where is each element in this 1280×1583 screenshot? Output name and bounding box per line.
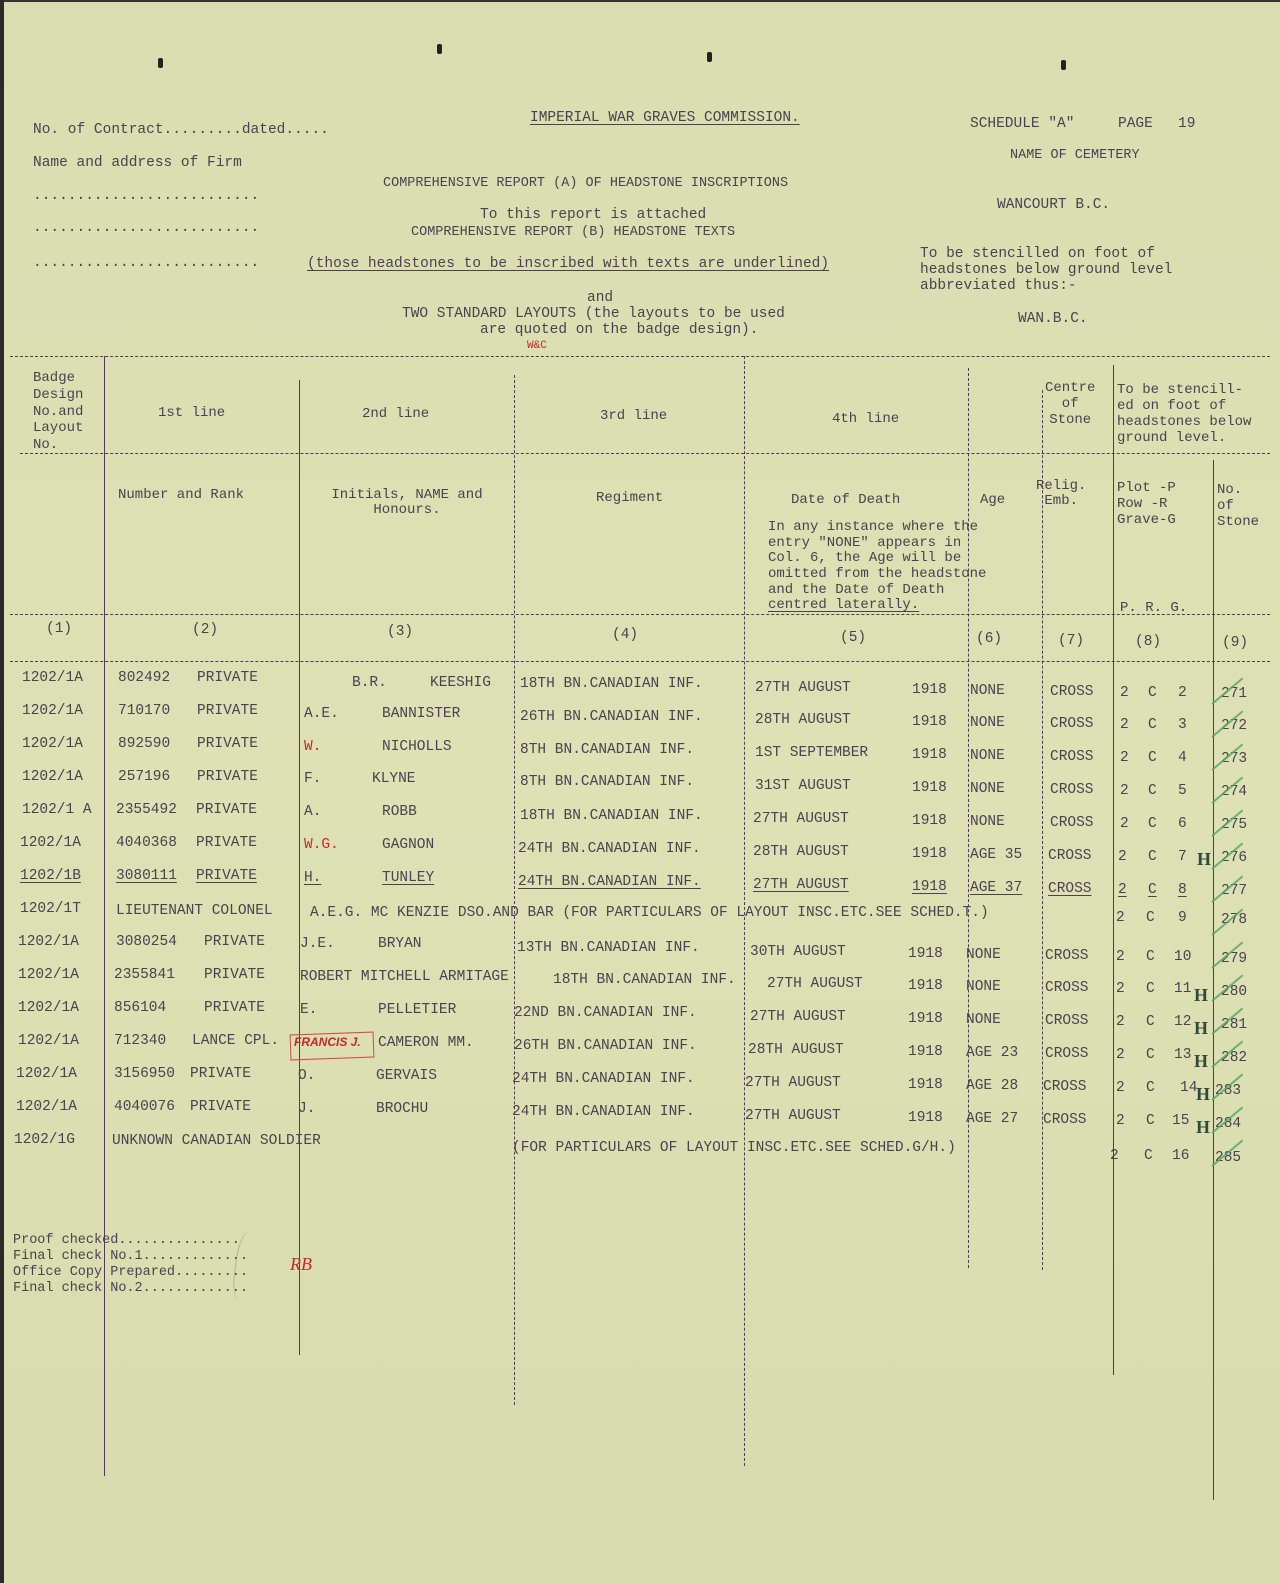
header-2nd-line: 2nd line <box>362 406 429 422</box>
date-cell: 28TH AUGUST <box>753 844 849 860</box>
rank-cell: PRIVATE <box>204 1000 265 1016</box>
year-cell: 1918 <box>912 780 947 796</box>
age-cell: AGE 23 <box>966 1045 1018 1061</box>
table-row: 1202/1A 4040368 PRIVATE W.G. GAGNON 24TH… <box>0 835 1280 861</box>
row-cell: C <box>1146 1047 1155 1063</box>
name-cell: KLYNE <box>372 771 416 787</box>
rank-cell: PRIVATE <box>197 769 258 785</box>
plot-cell: 2 <box>1116 1014 1125 1030</box>
punch-hole <box>1061 60 1066 70</box>
age-cell: NONE <box>966 947 1001 963</box>
proof-check-block: Proof checked...............Final check … <box>13 1233 248 1297</box>
emb-cell: CROSS <box>1045 1046 1089 1062</box>
emb-cell: CROSS <box>1048 848 1092 864</box>
initials-cell: B.R. <box>352 675 387 691</box>
cemetery-name: WANCOURT B.C. <box>997 197 1110 214</box>
h-stamp-icon: H <box>1196 1117 1210 1138</box>
date-cell: 31ST AUGUST <box>755 778 851 794</box>
regiment-cell: 24TH BN.CANADIAN INF. <box>518 841 701 857</box>
stencil-instruction: To be stencilled on foot of <box>920 246 1155 263</box>
table-rule <box>10 614 1270 615</box>
plot-cell: 2 <box>1118 849 1127 865</box>
table-row: 1202/1A 802492 PRIVATE B.R. KEESHIG 18TH… <box>0 670 1280 696</box>
plot-cell: 2 <box>1116 981 1125 997</box>
rank-cell: PRIVATE <box>197 736 258 752</box>
regiment-cell: 24TH BN.CANADIAN INF. <box>512 1071 695 1087</box>
firm-dotted-line: .......................... <box>33 220 259 237</box>
row-cell: C <box>1146 1014 1155 1030</box>
grave-cell: 2 <box>1178 685 1187 701</box>
year-cell: 1918 <box>912 714 947 730</box>
age-cell: NONE <box>970 683 1005 699</box>
table-rule <box>10 661 1270 662</box>
name-cell: GERVAIS <box>376 1068 437 1084</box>
h-stamp-icon: H <box>1194 1018 1208 1039</box>
row-cell: C <box>1146 981 1155 997</box>
badge-cell: 1202/1A <box>20 835 81 851</box>
initials-cell: J. <box>298 1101 315 1117</box>
column-number: (2) <box>192 622 218 639</box>
plot-cell: 2 <box>1116 910 1125 926</box>
report-a-heading: COMPREHENSIVE REPORT (A) OF HEADSTONE IN… <box>383 176 788 192</box>
header-stencil: To be stencill-ed on foot ofheadstones b… <box>1117 382 1251 446</box>
emb-cell: CROSS <box>1048 881 1092 897</box>
table-row: 1202/1A 257196 PRIVATE F. KLYNE 8TH BN.C… <box>0 769 1280 795</box>
badge-cell: 1202/1A <box>16 1099 77 1115</box>
date-cell: 27TH AUGUST <box>745 1108 841 1124</box>
schedule-label: SCHEDULE "A" <box>970 116 1074 133</box>
name-cell: PELLETIER <box>378 1002 456 1018</box>
grave-cell: 10 <box>1174 949 1191 965</box>
age-cell: NONE <box>966 1012 1001 1028</box>
date-cell: 28TH AUGUST <box>748 1042 844 1058</box>
row-cell: C <box>1144 1148 1153 1164</box>
emb-cell: CROSS <box>1043 1112 1087 1128</box>
red-annotation: W&C <box>527 340 547 353</box>
table-row: 1202/1A 3080254 PRIVATE J.E. BRYAN 13TH … <box>0 934 1280 960</box>
date-cell: 27TH AUGUST <box>750 1009 846 1025</box>
rank-cell: PRIVATE <box>197 703 258 719</box>
header-name-honours: Initials, NAME andHonours. <box>302 488 512 519</box>
table-row: 1202/1A 4040076 PRIVATE J. BROCHU 24TH B… <box>0 1099 1280 1125</box>
punch-hole <box>707 52 712 62</box>
rank-cell: PRIVATE <box>196 868 257 884</box>
header-centre-of-stone: CentreofStone <box>1045 380 1095 428</box>
row-cell: C <box>1148 816 1157 832</box>
plot-cell: 2 <box>1116 1080 1125 1096</box>
plot-cell: 2 <box>1120 750 1129 766</box>
table-rule <box>10 356 1270 357</box>
header-1st-line: 1st line <box>158 405 225 421</box>
emb-cell: CROSS <box>1045 1013 1089 1029</box>
h-stamp-icon: H <box>1194 985 1208 1006</box>
rank-cell: PRIVATE <box>204 934 265 950</box>
column-number: (1) <box>46 621 72 638</box>
initials-cell: A.E. <box>304 706 339 722</box>
number-cell: 2355492 <box>116 802 177 818</box>
layouts-text: TWO STANDARD LAYOUTS (the layouts to be … <box>402 306 785 323</box>
header-no-of-stone: No.ofStone <box>1217 482 1259 530</box>
plot-cell: 2 <box>1116 1047 1125 1063</box>
grave-cell: 6 <box>1178 816 1187 832</box>
rank-cell: PRIVATE <box>204 967 265 983</box>
h-stamp-icon: H <box>1194 1051 1208 1072</box>
full-name-cell: ROBERT MITCHELL ARMITAGE <box>300 969 509 985</box>
table-row: 1202/1 A 2355492 PRIVATE A. ROBB 18TH BN… <box>0 802 1280 828</box>
age-cell: NONE <box>970 781 1005 797</box>
column-number: (7) <box>1058 633 1084 650</box>
page-edge <box>0 0 1280 2</box>
plot-cell: 2 <box>1120 816 1129 832</box>
grave-cell: 11 <box>1174 981 1191 997</box>
name-cell: CAMERON MM. <box>378 1035 474 1051</box>
rank-cell: PRIVATE <box>196 835 257 851</box>
table-row: 1202/1B 3080111 PRIVATE H. TUNLEY 24TH B… <box>0 868 1280 894</box>
row-cell: C <box>1148 685 1157 701</box>
header-badge-design: BadgeDesignNo.andLayoutNo. <box>33 370 83 454</box>
initials-cell: E. <box>300 1002 317 1018</box>
row-cell: C <box>1146 1080 1155 1096</box>
cemetery-label: NAME OF CEMETERY <box>1010 148 1140 164</box>
column-number: (3) <box>387 624 413 641</box>
number-cell: 710170 <box>118 703 170 719</box>
number-cell: 802492 <box>118 670 170 686</box>
row-cell: C <box>1148 717 1157 733</box>
name-cell: NICHOLLS <box>382 739 452 755</box>
and-text: and <box>587 290 613 307</box>
date-cell: 27TH AUGUST <box>755 680 851 696</box>
badge-cell: 1202/1A <box>18 1000 79 1016</box>
plot-cell: 2 <box>1118 882 1127 898</box>
spanning-inscription: A.E.G. MC KENZIE DSO.AND BAR (FOR PARTIC… <box>310 905 989 921</box>
stencil-instruction: headstones below ground level <box>920 262 1172 279</box>
date-cell: 1ST SEPTEMBER <box>755 745 868 761</box>
emb-cell: CROSS <box>1050 815 1094 831</box>
age-cell: AGE 27 <box>966 1111 1018 1127</box>
name-cell: BROCHU <box>376 1101 428 1117</box>
grave-cell: 3 <box>1178 717 1187 733</box>
year-cell: 1918 <box>912 747 947 763</box>
year-cell: 1918 <box>912 879 947 895</box>
regiment-cell: 26TH BN.CANADIAN INF. <box>514 1038 697 1054</box>
red-correction-box <box>290 1032 375 1061</box>
badge-cell: 1202/1A <box>22 769 83 785</box>
rank-cell: PRIVATE <box>197 670 258 686</box>
year-cell: 1918 <box>908 1077 943 1093</box>
plot-cell: 2 <box>1120 717 1129 733</box>
grave-cell: 9 <box>1178 910 1187 926</box>
initials-cell: J.E. <box>300 936 335 952</box>
column-number: (9) <box>1222 635 1248 652</box>
age-cell: NONE <box>970 814 1005 830</box>
table-row: 1202/1A 2355841 PRIVATE ROBERT MITCHELL … <box>0 967 1280 993</box>
grave-cell: 12 <box>1174 1014 1191 1030</box>
name-cell: KEESHIG <box>430 675 491 691</box>
initials-cell: W.G. <box>304 837 339 853</box>
contract-field: No. of Contract.........dated..... <box>33 122 329 139</box>
initials-cell: O. <box>298 1068 315 1084</box>
regiment-cell: 18TH BN.CANADIAN INF. <box>520 676 703 692</box>
regiment-cell: 26TH BN.CANADIAN INF. <box>520 709 703 725</box>
plot-cell: 2 <box>1120 685 1129 701</box>
emb-cell: CROSS <box>1050 684 1094 700</box>
badge-cell: 1202/1T <box>20 901 81 917</box>
column-number: (6) <box>976 631 1002 648</box>
number-cell: 4040368 <box>116 835 177 851</box>
badge-cell: 1202/1B <box>20 868 81 884</box>
emb-cell: CROSS <box>1050 749 1094 765</box>
year-cell: 1918 <box>912 846 947 862</box>
table-row: 1202/1G UNKNOWN CANADIAN SOLDIER (FOR PA… <box>0 1132 1280 1158</box>
number-cell: 257196 <box>118 769 170 785</box>
reviewer-initials: RB <box>290 1254 312 1275</box>
page-label: PAGE <box>1118 116 1153 133</box>
table-row: 1202/1T LIEUTENANT COLONEL A.E.G. MC KEN… <box>0 901 1280 927</box>
rank-cell: LIEUTENANT COLONEL <box>116 903 273 919</box>
attached-text: To this report is attached <box>480 207 706 224</box>
name-cell: BRYAN <box>378 936 422 952</box>
document-title: IMPERIAL WAR GRAVES COMMISSION. <box>530 110 800 127</box>
number-cell: 4040076 <box>114 1099 175 1115</box>
grave-cell: 13 <box>1174 1047 1191 1063</box>
row-cell: C <box>1146 1113 1155 1129</box>
rank-cell: PRIVATE <box>196 802 257 818</box>
header-relig-emb: Relig.Emb. <box>1036 479 1086 510</box>
punch-hole <box>437 44 442 54</box>
number-cell: 712340 <box>114 1033 166 1049</box>
regiment-cell: 24TH BN.CANADIAN INF. <box>518 874 701 890</box>
initials-cell: W. <box>304 739 321 755</box>
age-cell: NONE <box>970 715 1005 731</box>
year-cell: 1918 <box>908 1044 943 1060</box>
page-number: 19 <box>1178 116 1195 133</box>
row-cell: C <box>1146 910 1155 926</box>
badge-cell: 1202/1A <box>22 736 83 752</box>
table-row: 1202/1A 892590 PRIVATE W. NICHOLLS 8TH B… <box>0 736 1280 762</box>
grave-cell: 15 <box>1172 1113 1189 1129</box>
plot-cell: 2 <box>1116 1113 1125 1129</box>
firm-dotted-line: .......................... <box>33 255 259 272</box>
age-cell: AGE 35 <box>970 847 1022 863</box>
grave-cell: 7 <box>1178 849 1187 865</box>
initials-cell: A. <box>304 804 321 820</box>
stencil-instruction: abbreviated thus:- <box>920 278 1077 295</box>
date-cell: 28TH AUGUST <box>755 712 851 728</box>
table-rule <box>20 453 1270 454</box>
year-cell: 1918 <box>908 978 943 994</box>
emb-cell: CROSS <box>1050 782 1094 798</box>
rank-cell: PRIVATE <box>190 1099 251 1115</box>
layouts-text: are quoted on the badge design). <box>480 322 758 339</box>
underline-note: (those headstones to be inscribed with t… <box>307 256 829 273</box>
date-cell: 30TH AUGUST <box>750 944 846 960</box>
stone-cell: 282 <box>1221 1050 1247 1066</box>
none-age-note: In any instance where theentry "NONE" ap… <box>768 520 986 614</box>
header-prg-abbrev: P. R. G. <box>1120 600 1187 616</box>
emb-cell: CROSS <box>1050 716 1094 732</box>
name-cell: TUNLEY <box>382 870 434 886</box>
number-cell: 2355841 <box>114 967 175 983</box>
cemetery-abbreviation: WAN.B.C. <box>1018 311 1088 328</box>
header-plot-row-grave: Plot -PRow -RGrave-G <box>1117 480 1176 528</box>
plot-cell: 2 <box>1116 949 1125 965</box>
emb-cell: CROSS <box>1043 1079 1087 1095</box>
badge-cell: 1202/1 A <box>22 802 92 818</box>
header-age: Age <box>980 492 1005 508</box>
number-cell: 892590 <box>118 736 170 752</box>
age-cell: AGE 28 <box>966 1078 1018 1094</box>
plot-cell: 2 <box>1120 783 1129 799</box>
name-cell: ROBB <box>382 804 417 820</box>
badge-cell: 1202/1A <box>16 1066 77 1082</box>
name-cell: GAGNON <box>382 837 434 853</box>
row-cell: C <box>1148 783 1157 799</box>
grave-cell: 8 <box>1178 882 1187 898</box>
header-number-rank: Number and Rank <box>118 487 244 503</box>
h-stamp-icon: H <box>1196 1084 1210 1105</box>
regiment-cell: 8TH BN.CANADIAN INF. <box>520 742 694 758</box>
grave-cell: 14 <box>1180 1080 1197 1096</box>
stone-cell: 279 <box>1221 951 1247 967</box>
badge-cell: 1202/1A <box>18 934 79 950</box>
column-number: (8) <box>1135 634 1161 651</box>
badge-cell: 1202/1A <box>22 703 83 719</box>
header-4th-line: 4th line <box>832 411 899 427</box>
emb-cell: CROSS <box>1045 948 1089 964</box>
row-cell: C <box>1148 849 1157 865</box>
grave-cell: 5 <box>1178 783 1187 799</box>
table-row: 1202/1A 856104 PRIVATE E. PELLETIER 22ND… <box>0 1000 1280 1026</box>
row-cell: C <box>1146 949 1155 965</box>
column-number: (4) <box>612 627 638 644</box>
name-cell: BANNISTER <box>382 706 460 722</box>
table-row: 1202/1A 3156950 PRIVATE O. GERVAIS 24TH … <box>0 1066 1280 1092</box>
number-cell: 856104 <box>114 1000 166 1016</box>
rank-cell: PRIVATE <box>190 1066 251 1082</box>
badge-cell: 1202/1A <box>18 967 79 983</box>
report-b-heading: COMPREHENSIVE REPORT (B) HEADSTONE TEXTS <box>411 225 735 241</box>
firm-dotted-line: .......................... <box>33 188 259 205</box>
badge-cell: 1202/1A <box>22 670 83 686</box>
header-date-of-death: Date of Death <box>791 492 900 508</box>
year-cell: 1918 <box>912 813 947 829</box>
regiment-cell: 24TH BN.CANADIAN INF. <box>512 1104 695 1120</box>
date-cell: 27TH AUGUST <box>745 1075 841 1091</box>
row-cell: C <box>1148 750 1157 766</box>
plot-cell: 2 <box>1110 1148 1119 1164</box>
number-cell: 3080254 <box>116 934 177 950</box>
grave-cell: 4 <box>1178 750 1187 766</box>
date-cell: 27TH AUGUST <box>767 976 863 992</box>
year-cell: 1918 <box>908 946 943 962</box>
year-cell: 1918 <box>912 682 947 698</box>
badge-cell: 1202/1G <box>14 1132 75 1148</box>
badge-cell: 1202/1A <box>18 1033 79 1049</box>
table-row: 1202/1A 710170 PRIVATE A.E. BANNISTER 26… <box>0 703 1280 729</box>
rank-cell: UNKNOWN CANADIAN SOLDIER <box>112 1133 321 1149</box>
header-regiment: Regiment <box>596 490 663 506</box>
age-cell: NONE <box>970 748 1005 764</box>
year-cell: 1918 <box>908 1011 943 1027</box>
table-row: 1202/1A 712340 LANCE CPL. FRANCIS J. CAM… <box>0 1033 1280 1059</box>
rank-cell: LANCE CPL. <box>192 1033 279 1049</box>
header-3rd-line: 3rd line <box>600 408 667 424</box>
regiment-cell: 18TH BN.CANADIAN INF. <box>520 808 703 824</box>
date-cell: 27TH AUGUST <box>753 811 849 827</box>
row-cell: C <box>1148 882 1157 898</box>
number-cell: 3156950 <box>114 1066 175 1082</box>
date-cell: 27TH AUGUST <box>753 877 849 893</box>
column-number: (5) <box>840 630 866 647</box>
age-cell: AGE 37 <box>970 880 1022 896</box>
h-stamp-icon: H <box>1197 849 1211 870</box>
stone-cell: 281 <box>1221 1017 1247 1033</box>
number-cell: 3080111 <box>116 868 177 884</box>
initials-cell: H. <box>304 870 321 886</box>
grave-cell: 16 <box>1172 1148 1189 1164</box>
firm-label: Name and address of Firm <box>33 155 242 172</box>
year-cell: 1918 <box>908 1110 943 1126</box>
spanning-inscription: (FOR PARTICULARS OF LAYOUT INSC.ETC.SEE … <box>512 1140 956 1156</box>
regiment-cell: 8TH BN.CANADIAN INF. <box>520 774 694 790</box>
emb-cell: CROSS <box>1045 980 1089 996</box>
age-cell: NONE <box>966 979 1001 995</box>
regiment-cell: 13TH BN.CANADIAN INF. <box>517 940 700 956</box>
regiment-cell: 22ND BN.CANADIAN INF. <box>514 1005 697 1021</box>
punch-hole <box>158 58 163 68</box>
regiment-cell: 18TH BN.CANADIAN INF. <box>553 972 736 988</box>
initials-cell: F. <box>304 771 321 787</box>
stone-cell: 280 <box>1221 984 1247 1000</box>
